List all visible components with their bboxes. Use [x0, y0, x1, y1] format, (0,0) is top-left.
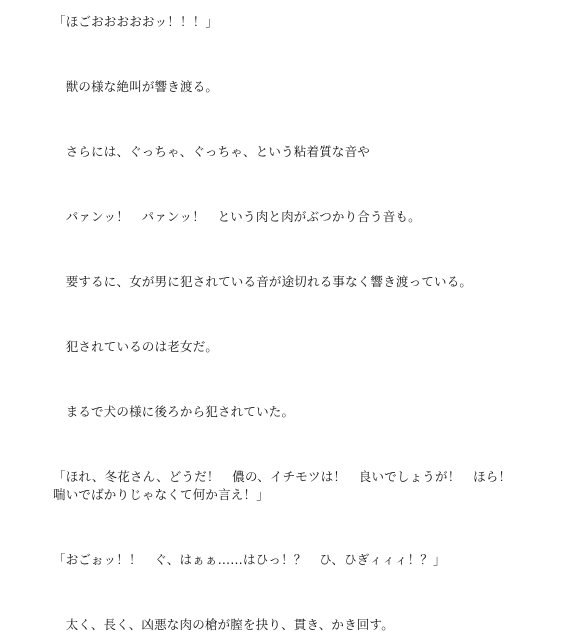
paragraph-narration: まるで犬の様に後ろから犯されていた。	[53, 403, 533, 421]
paragraph-narration: パァンッ！ パァンッ！ という肉と肉がぶつかり合う音も。	[53, 208, 533, 226]
paragraph-dialogue: 「ほれ、冬花さん、どうだ！ 儂の、イチモツは！ 良いでしょうが！ ほら！ 喘いで…	[53, 468, 533, 504]
paragraph-narration: 犯されているのは老女だ。	[53, 338, 533, 356]
paragraph-narration: 獣の様な絶叫が響き渡る。	[53, 78, 533, 96]
paragraph-narration: さらには、ぐっちゃ、ぐっちゃ、という粘着質な音や	[53, 143, 533, 161]
paragraph-narration: 要するに、女が男に犯されている音が途切れる事なく響き渡っている。	[53, 273, 533, 291]
novel-text: 「ほごおおおおおッ！！！」 獣の様な絶叫が響き渡る。 さらには、ぐっちゃ、ぐっち…	[53, 13, 533, 634]
paragraph-dialogue: 「ほごおおおおおッ！！！」	[53, 13, 533, 31]
paragraph-dialogue: 「おごぉッ！！ ぐ、はぁぁ……はひっ！？ ひ、ひぎィィィ！？」	[53, 551, 533, 569]
novel-page: 「ほごおおおおおッ！！！」 獣の様な絶叫が響き渡る。 さらには、ぐっちゃ、ぐっち…	[0, 0, 563, 640]
paragraph-narration: 太く、長く、凶悪な肉の槍が膣を抉り、貫き、かき回す。	[53, 616, 533, 634]
